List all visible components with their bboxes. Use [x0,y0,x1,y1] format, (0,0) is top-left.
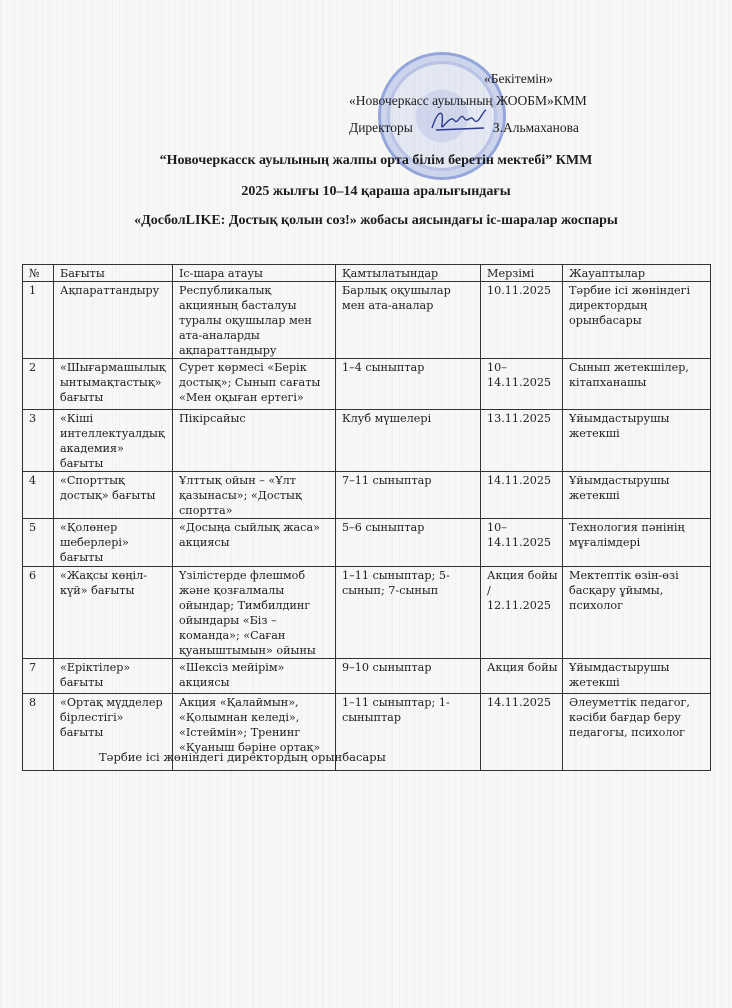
header-number: № [23,265,54,282]
cell-participants: Барлық оқушылар мен ата-аналар [336,282,481,359]
cell-date: Акция бойы / 12.11.2025 [481,567,563,659]
cell-direction: «Қолөнер шеберлері» бағыты [54,519,173,567]
cell-responsible: Ұйымдастырушы жетекші [563,472,711,519]
table-header-row: № Бағыты Іс-шара атауы Қамтылатындар Мер… [23,265,711,282]
cell-number: 6 [23,567,54,659]
cell-responsible: Сынып жетекшілер, кітапханашы [563,359,711,410]
footer-signatory: Тәрбие ісі жөніндегі директордың орынбас… [99,750,386,764]
events-plan-table: № Бағыты Іс-шара атауы Қамтылатындар Мер… [22,264,711,771]
cell-number: 2 [23,359,54,410]
cell-event: Республикалық акцияның басталуы туралы о… [173,282,336,359]
cell-date: 10–14.11.2025 [481,519,563,567]
cell-participants: 9–10 сыныптар [336,659,481,694]
table-row: 1 Ақпараттандыру Республикалық акцияның … [23,282,711,359]
approval-heading: «Бекітемін» [484,71,553,87]
table-row: 6 «Жақсы көңіл-күй» бағыты Үзілістерде ф… [23,567,711,659]
table-row: 7 «Еріктілер» бағыты «Шексіз мейірім» ак… [23,659,711,694]
table-row: 4 «Спорттық достық» бағыты Ұлттық ойын –… [23,472,711,519]
cell-date: 14.11.2025 [481,694,563,771]
header-participants: Қамтылатындар [336,265,481,282]
school-title: “Новочеркасск ауылының жалпы орта білім … [10,153,732,169]
cell-event: Сурет көрмесі «Берік достық»; Сынып саға… [173,359,336,410]
cell-event: «Шексіз мейірім» акциясы [173,659,336,694]
cell-date: 13.11.2025 [481,410,563,472]
cell-number: 5 [23,519,54,567]
approval-organization: «Новочеркасс ауылының ЖООБМ»КММ [349,93,587,109]
director-label: Директоры [349,120,413,135]
cell-event: «Досыңа сыйлық жаса» акциясы [173,519,336,567]
cell-responsible: Ұйымдастырушы жетекші [563,410,711,472]
cell-date: Акция бойы [481,659,563,694]
cell-responsible: Әлеуметтік педагог, кәсіби бағдар беру п… [563,694,711,771]
plan-title: «ДосболLIKE: Достық қолын соз!» жобасы а… [10,213,732,229]
header-date: Мерзімі [481,265,563,282]
header-direction: Бағыты [54,265,173,282]
cell-direction: «Кіші интеллектуалдық академия» бағыты [54,410,173,472]
cell-event: Ұлттық ойын – «Ұлт қазынасы»; «Достық сп… [173,472,336,519]
header-event: Іс-шара атауы [173,265,336,282]
cell-date: 10.11.2025 [481,282,563,359]
cell-number: 8 [23,694,54,771]
cell-date: 14.11.2025 [481,472,563,519]
cell-number: 3 [23,410,54,472]
cell-responsible: Технология пәнінің мұғалімдері [563,519,711,567]
header-responsible: Жауаптылар [563,265,711,282]
cell-participants: 1–4 сыныптар [336,359,481,410]
cell-responsible: Ұйымдастырушы жетекші [563,659,711,694]
cell-participants: 7–11 сыныптар [336,472,481,519]
director-name: З.Альмаханова [493,120,579,135]
cell-direction: Ақпараттандыру [54,282,173,359]
cell-direction: «Спорттық достық» бағыты [54,472,173,519]
cell-participants: 5–6 сыныптар [336,519,481,567]
cell-direction: «Еріктілер» бағыты [54,659,173,694]
table-row: 5 «Қолөнер шеберлері» бағыты «Досыңа сый… [23,519,711,567]
approval-director: ДиректорыЗ.Альмаханова [349,120,579,136]
cell-number: 1 [23,282,54,359]
cell-participants: 1–11 сыныптар; 5-сынып; 7-сынып [336,567,481,659]
period-title: 2025 жылғы 10–14 қараша аралығындағы [10,184,732,200]
cell-participants: Клуб мүшелері [336,410,481,472]
cell-responsible: Мектептік өзін-өзі басқару ұйымы, психол… [563,567,711,659]
cell-date: 10–14.11.2025 [481,359,563,410]
cell-event: Пікірсайыс [173,410,336,472]
cell-direction: «Жақсы көңіл-күй» бағыты [54,567,173,659]
cell-number: 7 [23,659,54,694]
cell-responsible: Тәрбие ісі жөніндегі директордың орынбас… [563,282,711,359]
cell-number: 4 [23,472,54,519]
table-row: 2 «Шығармашылық ынтымақтастық» бағыты Су… [23,359,711,410]
cell-direction: «Шығармашылық ынтымақтастық» бағыты [54,359,173,410]
table-row: 3 «Кіші интеллектуалдық академия» бағыты… [23,410,711,472]
cell-event: Үзілістерде флешмоб және қозғалмалы ойын… [173,567,336,659]
